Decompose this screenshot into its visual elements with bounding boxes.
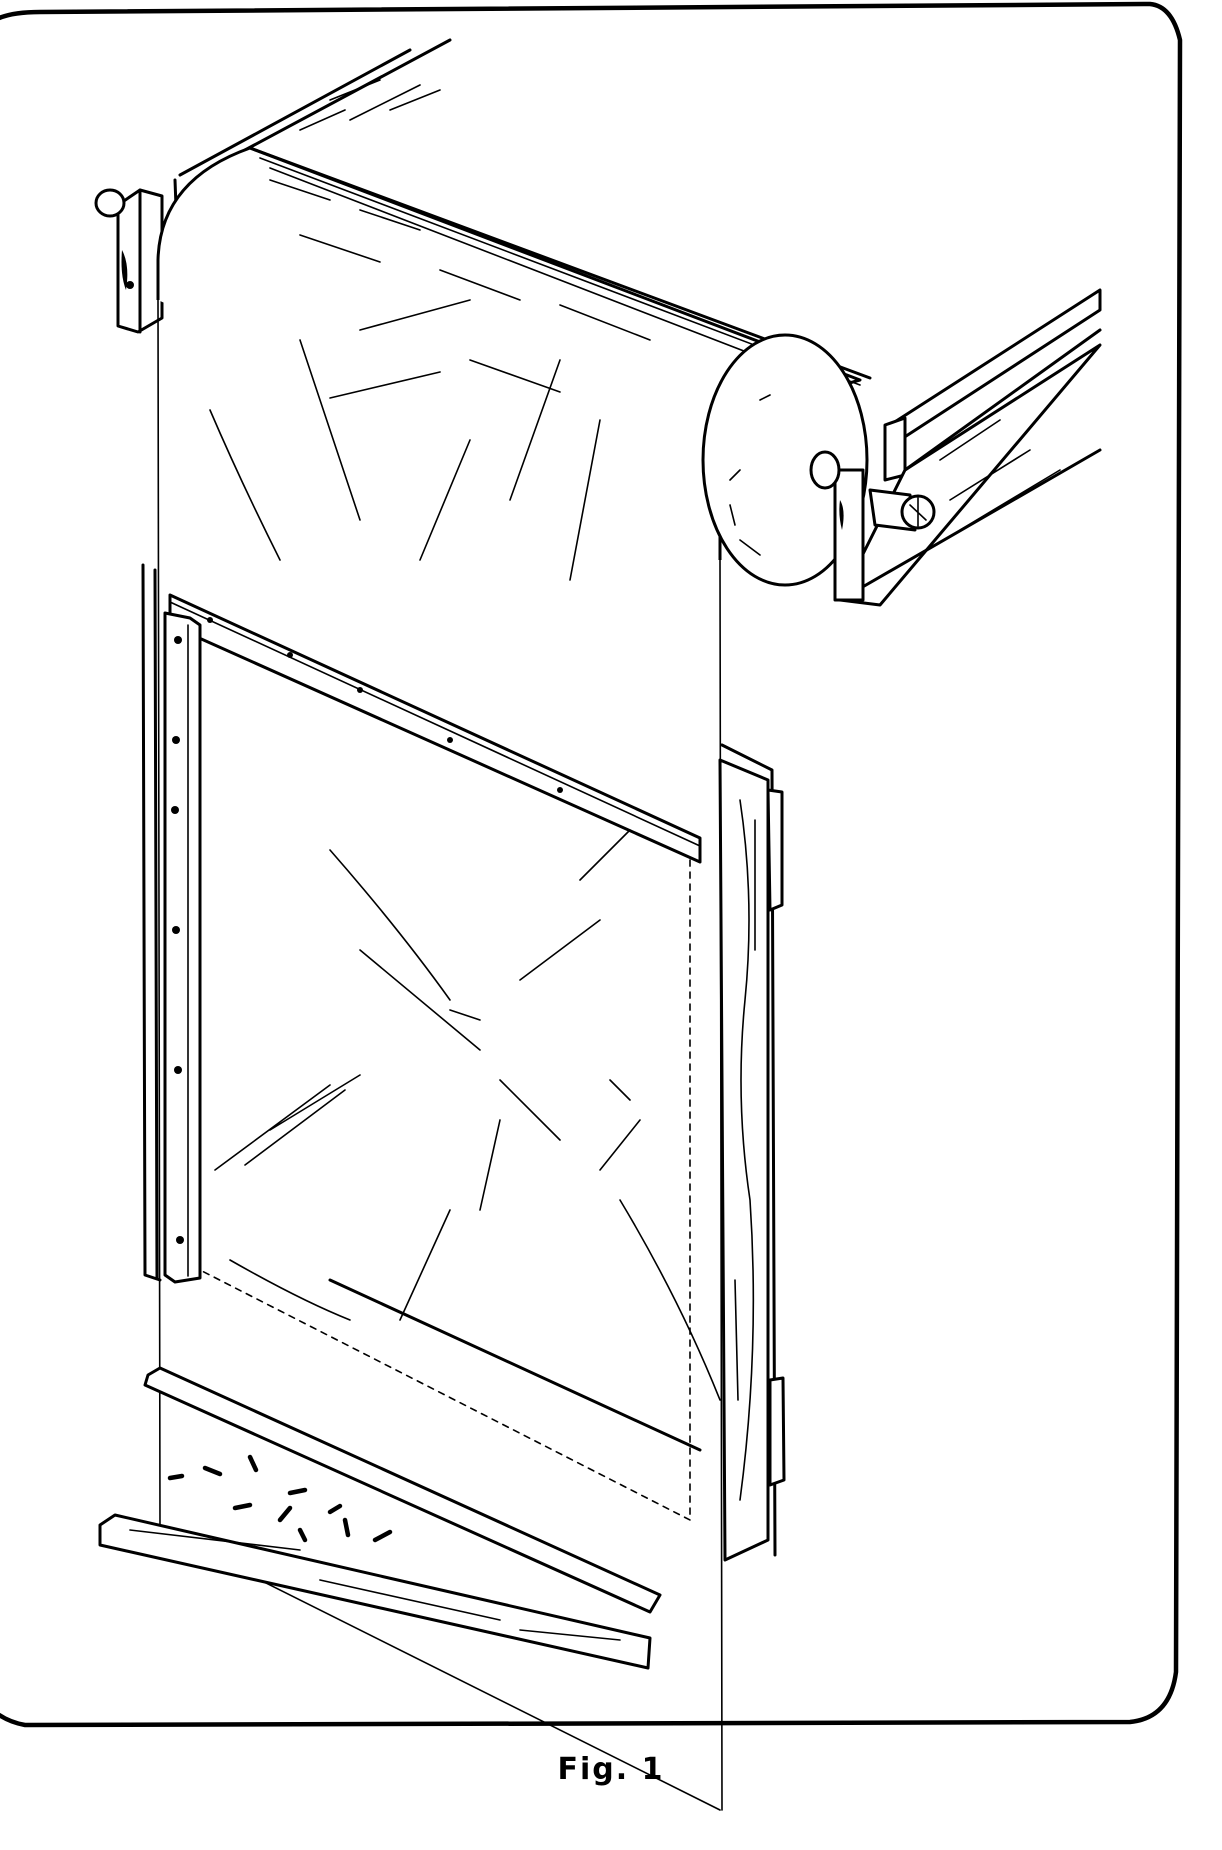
- illustration: [0, 0, 1222, 1850]
- left-nailing-strip: [165, 613, 200, 1282]
- sheet-reflections: [215, 830, 720, 1450]
- top-nailing-strip: [170, 595, 700, 862]
- inner-frame: [200, 650, 690, 1520]
- loose-nailing-strips: [100, 1368, 660, 1668]
- left-roll-bracket: [96, 190, 162, 332]
- figure-caption: Fig. 1: [0, 1752, 1222, 1787]
